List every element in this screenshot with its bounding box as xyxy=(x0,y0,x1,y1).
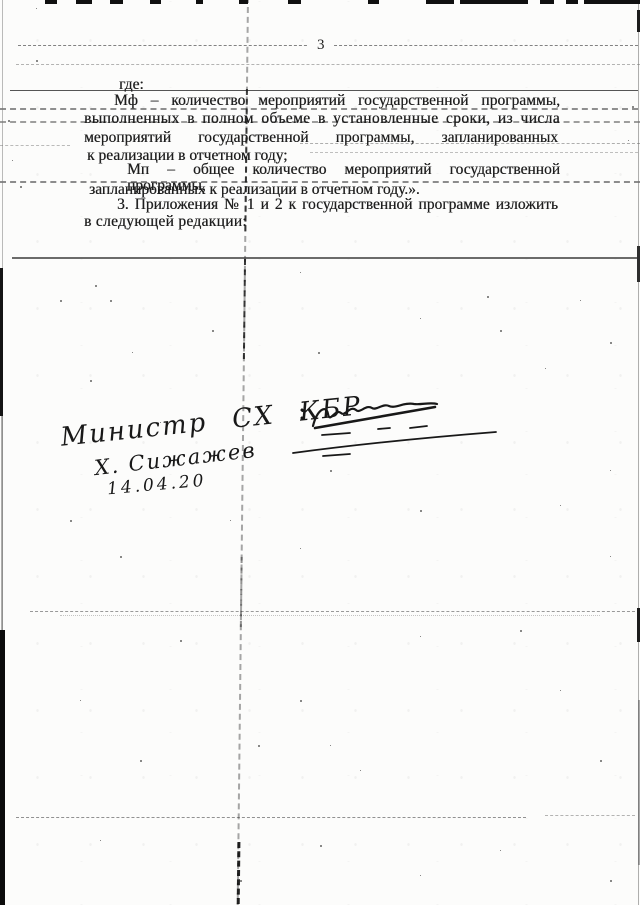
scan-artifact-rule xyxy=(310,152,638,153)
scan-artifact-left-edge xyxy=(0,630,5,905)
document-line: в следующей редакции: xyxy=(84,214,247,230)
document-line: 3. Приложения № 1 и 2 к государственной … xyxy=(117,197,558,213)
document-line: мероприятий государственной программы, з… xyxy=(84,130,558,146)
scanned-document-page: 3 где: Мф – количество мероприятий госуд… xyxy=(0,0,640,905)
scan-artifact-rule xyxy=(16,64,640,65)
scan-artifact-rule xyxy=(545,815,635,816)
scan-artifact-rule xyxy=(0,145,70,146)
document-line: где: xyxy=(119,77,144,93)
scan-artifact-rule xyxy=(30,611,640,612)
scan-artifact-rule xyxy=(60,615,600,616)
scan-artifact-left-edge xyxy=(1,416,3,632)
signature-scribble-icon xyxy=(290,398,510,460)
document-line: выполненных в полном объеме в установлен… xyxy=(84,111,560,127)
scan-artifact-rule xyxy=(16,817,526,818)
scan-artifact-left-edge xyxy=(0,268,3,416)
scan-artifact-rule xyxy=(12,257,637,259)
document-line: Мф – количество мероприятий государствен… xyxy=(114,93,560,109)
page-number: 3 xyxy=(308,37,334,54)
scan-artifact-rule xyxy=(10,90,638,91)
